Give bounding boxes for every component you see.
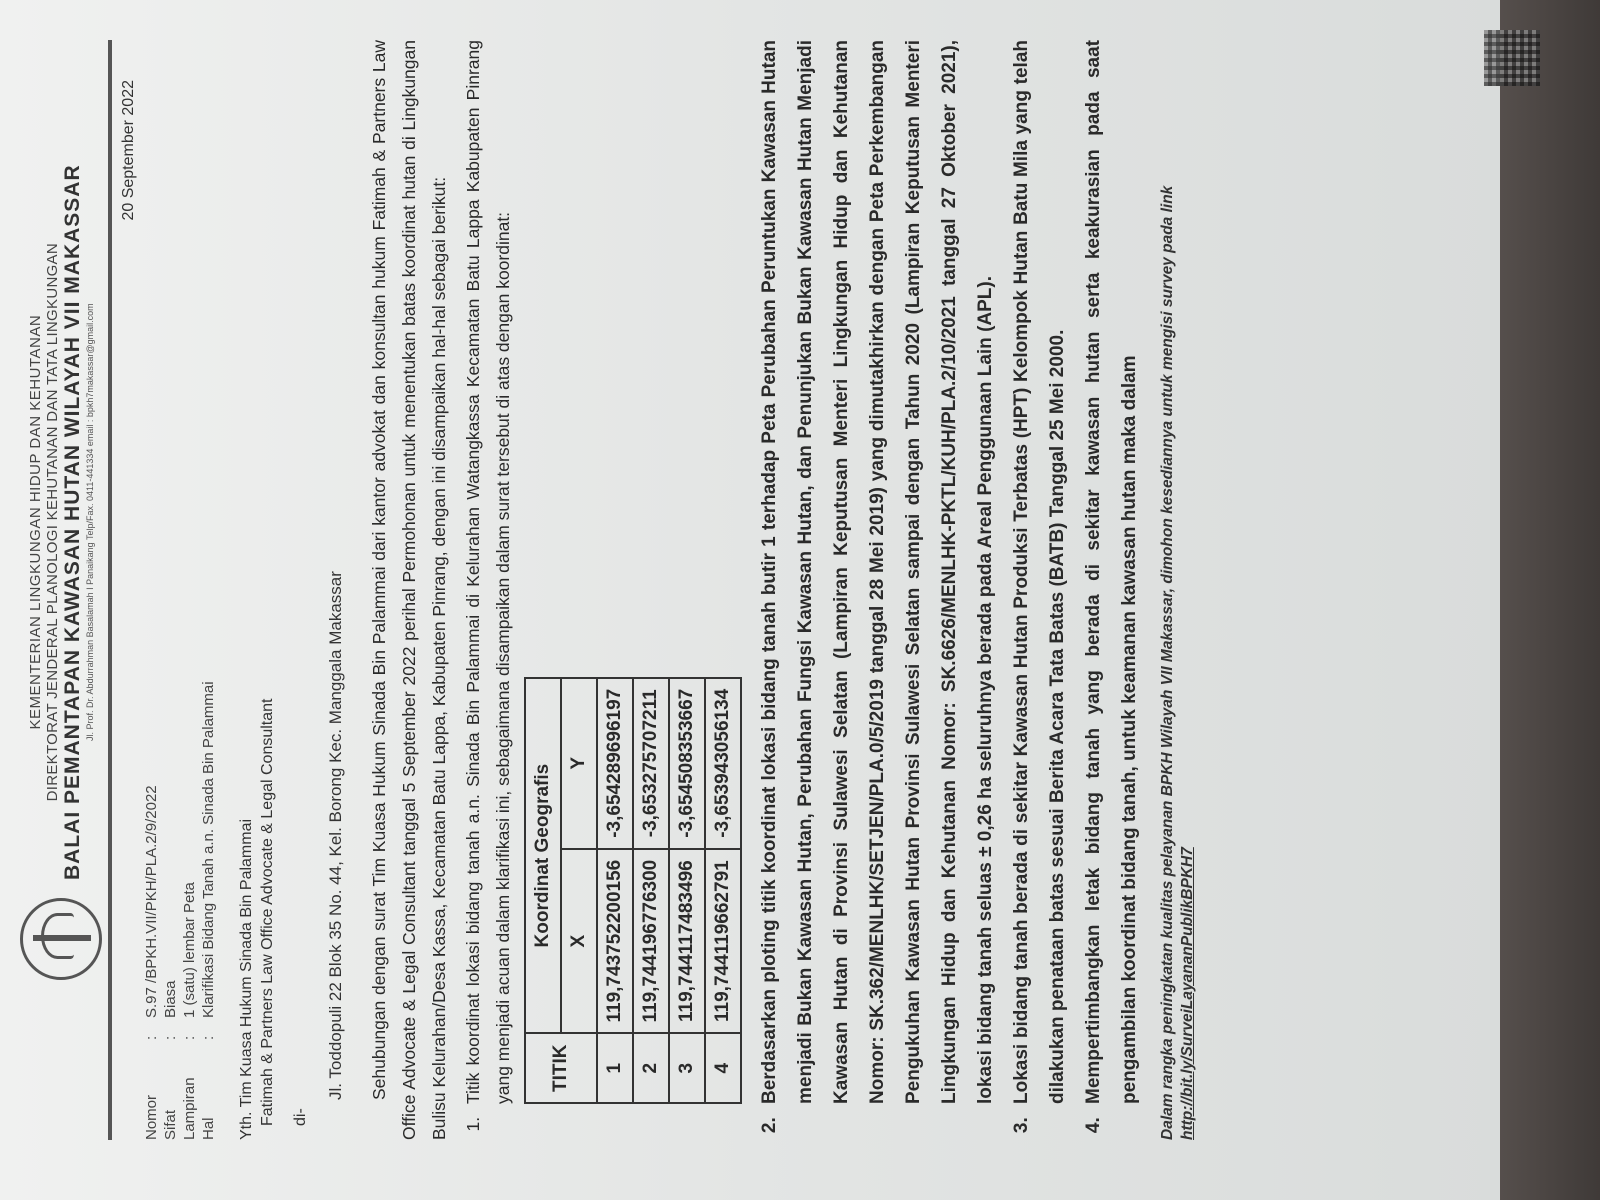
recipient-line-1: Yth. Tim Kuasa Hukum Sinada Bin Palammai [236, 40, 257, 1140]
point-2: Berdasarkan ploting titik koordinat loka… [752, 40, 1004, 1112]
ministry-logo-icon [20, 898, 102, 980]
directorate-name: DIREKTORAT JENDERAL PLANOLOGI KEHUTANAN … [44, 164, 61, 880]
ministry-name: KEMENTERIAN LINGKUNGAN HIDUP DAN KEHUTAN… [27, 164, 44, 880]
recipient-street: Jl. Toddopuli 22 Blok 35 No. 44, Kel. Bo… [325, 40, 346, 1140]
meta-key: Lampiran [180, 1040, 199, 1140]
letter-page: KEMENTERIAN LINGKUNGAN HIDUP DAN KEHUTAN… [0, 0, 1500, 1200]
letter-body: Sehubungan dengan surat Tim Kuasa Hukum … [364, 40, 1148, 1140]
survey-note: Dalam rangka peningkatan kualitas pelaya… [1158, 40, 1198, 1140]
table-row: 4119,744119662791-3,653943056134 [705, 678, 741, 1103]
meta-value: Klarifikasi Bidang Tanah a.n. Sinada Bin… [199, 681, 218, 1018]
letterhead: KEMENTERIAN LINGKUNGAN HIDUP DAN KEHUTAN… [20, 40, 102, 1140]
header-koordinat: Koordinat Geografis [525, 678, 561, 1034]
meta-value: S.97 /BPKH.VII/PKH/PLA.2/9/2022 [142, 785, 161, 1018]
recipient-block: Yth. Tim Kuasa Hukum Sinada Bin Palammai… [236, 40, 346, 1140]
point-4: Mempertimbangkan letak bidang tanah yang… [1076, 40, 1148, 1112]
meta-key: Hal [199, 1040, 218, 1140]
letter-meta: Nomor:S.97 /BPKH.VII/PKH/PLA.2/9/2022 Si… [142, 40, 218, 1140]
coordinates-table: TITIK Koordinat Geografis X Y 1119,74375… [524, 677, 742, 1104]
header-x: X [561, 849, 597, 1034]
table-row: 2119,744196776300-3,653275707211 [633, 678, 669, 1103]
table-row: 1119,743752200156-3,654289696197 [597, 678, 633, 1103]
meta-key: Sifat [161, 1040, 180, 1140]
office-address: Jl. Prof. Dr. Abdurrahman Basalamah I Pa… [85, 164, 95, 880]
meta-key: Nomor [142, 1040, 161, 1140]
meta-value: 1 (satu) lembar Peta [180, 882, 199, 1018]
recipient-line-2: Fatimah & Partners Law Office Advocate &… [257, 40, 278, 1140]
letter-date: 20 September 2022 [120, 80, 138, 1140]
point-1: Titik koordinat lokasi bidang tanah a.n.… [458, 40, 742, 1112]
qr-code-icon [1484, 30, 1540, 86]
point-3: Lokasi bidang tanah berada di sekitar Ka… [1004, 40, 1076, 1112]
opening-paragraph: Sehubungan dengan surat Tim Kuasa Hukum … [364, 40, 454, 1140]
recipient-di: di- [290, 40, 311, 1140]
header-divider [108, 40, 112, 1140]
table-row: 3119,744117483496-3,654508353667 [669, 678, 705, 1103]
office-name: BALAI PEMANTAPAN KAWASAN HUTAN WILAYAH V… [61, 164, 85, 880]
survey-link[interactable]: http://bit.ly/SurveiLayananPublikBPKH7 [1179, 847, 1196, 1140]
header-titik: TITIK [525, 1034, 597, 1104]
header-y: Y [561, 678, 597, 849]
meta-value: Biasa [161, 980, 180, 1018]
